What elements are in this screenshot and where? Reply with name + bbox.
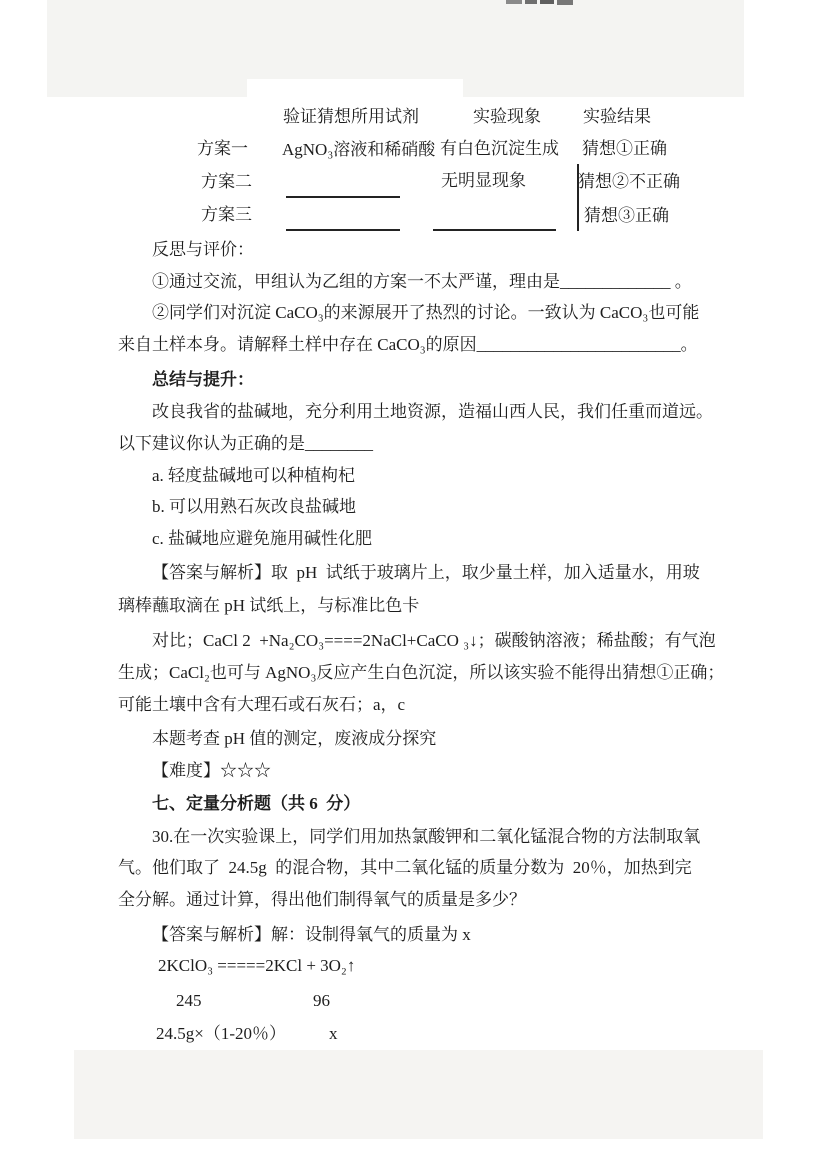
question-30-line: 全分解。通过计算，得出他们制得氧气的质量是多少？	[118, 890, 526, 909]
answer-analysis-line: 可能土壤中含有大理石或石灰石；a，c	[118, 695, 405, 714]
text-line: 来自土样本身。请解释土样中存在 CaCO₃的原因________________…	[118, 335, 698, 354]
scan-white-notch	[247, 79, 463, 97]
scan-smudge	[525, 0, 537, 4]
scan-smudge	[540, 0, 554, 4]
scan-smudge	[506, 0, 522, 4]
table-header-phenomenon: 实验现象	[473, 107, 541, 126]
chemical-equation: 2KClO₃ =====2KCl + 3O₂↑	[158, 956, 355, 975]
unknown-x: x	[329, 1024, 338, 1043]
text-line: ②同学们对沉淀 CaCO₃的来源展开了热烈的讨论。一致认为 CaCO₃也可能	[152, 303, 699, 322]
option-b: b. 可以用熟石灰改良盐碱地	[152, 497, 356, 516]
scanned-document-page: 验证猜想所用试剂 实验现象 实验结果 方案一 AgNO₃溶液和稀硝酸 有白色沉淀…	[0, 0, 827, 1169]
scan-shade-bottom	[74, 1050, 763, 1139]
blank-line	[433, 229, 556, 231]
table-header-result: 实验结果	[583, 107, 651, 126]
molar-mass-right: 96	[313, 991, 330, 1010]
table-column-divider	[577, 164, 579, 231]
text-line: 以下建议你认为正确的是________	[118, 434, 373, 453]
table-cell-result: 猜想③正确	[584, 206, 669, 225]
table-cell-phenomenon: 无明显现象	[441, 171, 526, 190]
blank-line	[286, 196, 400, 198]
question-30-line: 30.在一次实验课上，同学们用加热氯酸钾和二氧化锰混合物的方法制取氧	[152, 827, 700, 846]
table-header-reagent: 验证猜想所用试剂	[283, 107, 419, 126]
sample-mass: 24.5g×（1-20％）	[156, 1024, 286, 1043]
table-cell-result: 猜想①正确	[582, 139, 667, 158]
section-heading: 总结与提升：	[152, 370, 254, 389]
table-row-label: 方案一	[197, 139, 248, 158]
table-cell-phenomenon: 有白色沉淀生成	[440, 139, 559, 158]
table-row-label: 方案二	[201, 172, 252, 191]
option-c: c. 盐碱地应避免施用碱性化肥	[152, 529, 372, 548]
table-row-label: 方案三	[201, 205, 252, 224]
text-line: 反思与评价：	[152, 240, 254, 259]
exam-note-line: 本题考查 pH 值的测定，废液成分探究	[152, 729, 436, 748]
answer-analysis-line: 对比；CaCl 2 +Na₂CO₃====2NaCl+CaCO ₃↓；碳酸钠溶液…	[152, 631, 716, 650]
scan-smudge	[557, 0, 573, 5]
difficulty-line: 【难度】☆☆☆	[152, 761, 271, 780]
question-30-line: 气。他们取了 24.5g 的混合物，其中二氧化锰的质量分数为 20％，加热到完	[118, 858, 692, 877]
answer-analysis-line: 【答案与解析】取 pH 试纸于玻璃片上，取少量土样，加入适量水，用玻	[152, 563, 700, 582]
molar-mass-left: 245	[176, 991, 202, 1010]
answer-analysis-line: 生成；CaCl₂也可与 AgNO₃反应产生白色沉淀，所以该实验不能得出猜想①正确…	[118, 663, 724, 682]
blank-line	[286, 229, 400, 231]
answer-solution-line: 【答案与解析】解：设制得氧气的质量为 x	[152, 925, 471, 944]
table-cell-reagent: AgNO₃溶液和稀硝酸	[282, 140, 435, 159]
answer-analysis-line: 璃棒蘸取滴在 pH 试纸上，与标准比色卡	[118, 596, 419, 615]
option-a: a. 轻度盐碱地可以种植枸杞	[152, 466, 355, 485]
table-cell-result: 猜想②不正确	[578, 172, 680, 191]
text-line: ①通过交流，甲组认为乙组的方案一不太严谨，理由是_____________ 。	[152, 272, 692, 291]
section-heading: 七、定量分析题（共 6 分）	[152, 794, 360, 813]
text-line: 改良我省的盐碱地，充分利用土地资源，造福山西人民，我们任重而道远。	[152, 402, 713, 421]
